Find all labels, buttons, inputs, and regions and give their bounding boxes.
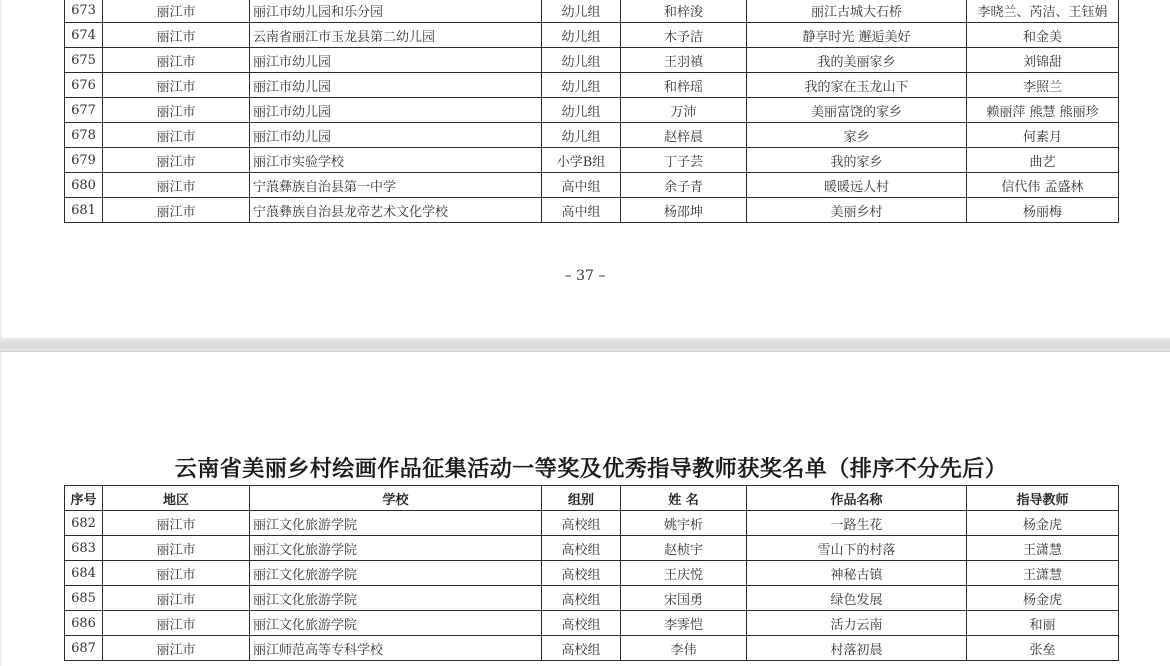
cell-teacher: 曲艺 xyxy=(967,148,1119,173)
cell-teacher: 何素月 xyxy=(967,123,1119,148)
cell-no: 678 xyxy=(65,123,103,148)
cell-no: 676 xyxy=(65,73,103,98)
cell-school: 宁蒗彝族自治县龙帝艺术文化学校 xyxy=(250,198,542,223)
cell-work: 我的家乡 xyxy=(747,148,967,173)
table-row: 687丽江市丽江师范高等专科学校高校组李伟村落初晨张垒 xyxy=(65,636,1119,661)
awards-table-page-37: 673丽江市丽江市幼儿园和乐分园幼儿组和梓浚丽江古城大石桥李晓兰、芮洁、王钰娟6… xyxy=(64,0,1119,223)
cell-work: 家乡 xyxy=(747,123,967,148)
cell-region: 丽江市 xyxy=(103,636,250,661)
cell-school: 丽江文化旅游学院 xyxy=(250,511,542,536)
cell-name: 杨邵坤 xyxy=(621,198,747,223)
cell-work: 静享时光 邂逅美好 xyxy=(747,23,967,48)
document-page-37: 673丽江市丽江市幼儿园和乐分园幼儿组和梓浚丽江古城大石桥李晓兰、芮洁、王钰娟6… xyxy=(0,0,1170,338)
cell-work: 我的家在玉龙山下 xyxy=(747,73,967,98)
cell-name: 王羽禛 xyxy=(621,48,747,73)
cell-teacher: 杨金虎 xyxy=(967,586,1119,611)
cell-no: 673 xyxy=(65,0,103,23)
table-row: 675丽江市丽江市幼儿园幼儿组王羽禛我的美丽家乡刘锦甜 xyxy=(65,48,1119,73)
cell-school: 丽江文化旅游学院 xyxy=(250,611,542,636)
cell-region: 丽江市 xyxy=(103,73,250,98)
cell-teacher: 杨金虎 xyxy=(967,511,1119,536)
page-separator xyxy=(0,338,1170,352)
cell-school: 丽江市幼儿园 xyxy=(250,98,542,123)
cell-teacher: 李晓兰、芮洁、王钰娟 xyxy=(967,0,1119,23)
header-work: 作品名称 xyxy=(747,486,967,511)
page-edge xyxy=(0,352,3,666)
cell-teacher: 和丽 xyxy=(967,611,1119,636)
cell-no: 674 xyxy=(65,23,103,48)
cell-group: 高校组 xyxy=(542,611,621,636)
cell-region: 丽江市 xyxy=(103,561,250,586)
table-row: 683丽江市丽江文化旅游学院高校组赵桢宇雪山下的村落王潇慧 xyxy=(65,536,1119,561)
cell-name: 木予洁 xyxy=(621,23,747,48)
page-edge xyxy=(0,0,3,338)
cell-teacher: 李照兰 xyxy=(967,73,1119,98)
cell-region: 丽江市 xyxy=(103,23,250,48)
table-row: 678丽江市丽江市幼儿园幼儿组赵梓晨家乡何素月 xyxy=(65,123,1119,148)
cell-group: 高校组 xyxy=(542,511,621,536)
awards-table-body: 673丽江市丽江市幼儿园和乐分园幼儿组和梓浚丽江古城大石桥李晓兰、芮洁、王钰娟6… xyxy=(65,0,1119,223)
cell-name: 王庆悦 xyxy=(621,561,747,586)
cell-school: 丽江师范高等专科学校 xyxy=(250,636,542,661)
cell-work: 美丽乡村 xyxy=(747,198,967,223)
awards-table-header: 序号 地区 学校 组别 姓 名 作品名称 指导教师 xyxy=(65,486,1119,511)
cell-work: 美丽富饶的家乡 xyxy=(747,98,967,123)
cell-group: 高校组 xyxy=(542,561,621,586)
cell-group: 高校组 xyxy=(542,636,621,661)
cell-name: 赵桢宇 xyxy=(621,536,747,561)
cell-group: 高中组 xyxy=(542,173,621,198)
table-row: 685丽江市丽江文化旅游学院高校组宋国勇绿色发展杨金虎 xyxy=(65,586,1119,611)
header-school: 学校 xyxy=(250,486,542,511)
awards-table-page-38: 序号 地区 学校 组别 姓 名 作品名称 指导教师 682丽江市丽江文化旅游学院… xyxy=(64,485,1119,661)
cell-no: 686 xyxy=(65,611,103,636)
cell-school: 丽江市幼儿园和乐分园 xyxy=(250,0,542,23)
cell-group: 幼儿组 xyxy=(542,23,621,48)
cell-teacher: 杨丽梅 xyxy=(967,198,1119,223)
table-row: 676丽江市丽江市幼儿园幼儿组和梓瑶我的家在玉龙山下李照兰 xyxy=(65,73,1119,98)
cell-work: 雪山下的村落 xyxy=(747,536,967,561)
cell-name: 余子青 xyxy=(621,173,747,198)
table-row: 680丽江市宁蒗彝族自治县第一中学高中组余子青暖暖远人村信代伟 孟盛林 xyxy=(65,173,1119,198)
table-row: 684丽江市丽江文化旅游学院高校组王庆悦神秘古镇王潇慧 xyxy=(65,561,1119,586)
cell-work: 神秘古镇 xyxy=(747,561,967,586)
cell-no: 680 xyxy=(65,173,103,198)
cell-teacher: 和金美 xyxy=(967,23,1119,48)
cell-name: 丁子芸 xyxy=(621,148,747,173)
cell-name: 姚宇析 xyxy=(621,511,747,536)
cell-region: 丽江市 xyxy=(103,98,250,123)
cell-region: 丽江市 xyxy=(103,511,250,536)
cell-region: 丽江市 xyxy=(103,536,250,561)
cell-no: 684 xyxy=(65,561,103,586)
cell-teacher: 王潇慧 xyxy=(967,536,1119,561)
cell-work: 丽江古城大石桥 xyxy=(747,0,967,23)
table-row: 681丽江市宁蒗彝族自治县龙帝艺术文化学校高中组杨邵坤美丽乡村杨丽梅 xyxy=(65,198,1119,223)
header-row: 序号 地区 学校 组别 姓 名 作品名称 指导教师 xyxy=(65,486,1119,511)
cell-work: 暖暖远人村 xyxy=(747,173,967,198)
cell-group: 幼儿组 xyxy=(542,0,621,23)
cell-school: 丽江市实验学校 xyxy=(250,148,542,173)
cell-school: 丽江市幼儿园 xyxy=(250,48,542,73)
cell-no: 679 xyxy=(65,148,103,173)
cell-no: 685 xyxy=(65,586,103,611)
cell-school: 丽江文化旅游学院 xyxy=(250,586,542,611)
cell-name: 和梓浚 xyxy=(621,0,747,23)
cell-name: 宋国勇 xyxy=(621,586,747,611)
cell-group: 高中组 xyxy=(542,198,621,223)
cell-teacher: 王潇慧 xyxy=(967,561,1119,586)
awards-table-body: 682丽江市丽江文化旅游学院高校组姚宇析一路生花杨金虎683丽江市丽江文化旅游学… xyxy=(65,511,1119,661)
cell-group: 高校组 xyxy=(542,586,621,611)
cell-region: 丽江市 xyxy=(103,611,250,636)
document-page-38: 云南省美丽乡村绘画作品征集活动一等奖及优秀指导教师获奖名单（排序不分先后） 序号… xyxy=(0,352,1170,666)
table-row: 673丽江市丽江市幼儿园和乐分园幼儿组和梓浚丽江古城大石桥李晓兰、芮洁、王钰娟 xyxy=(65,0,1119,23)
cell-school: 丽江市幼儿园 xyxy=(250,73,542,98)
table-row: 677丽江市丽江市幼儿园幼儿组万沛美丽富饶的家乡赖丽萍 熊慧 熊丽珍 xyxy=(65,98,1119,123)
header-no: 序号 xyxy=(65,486,103,511)
cell-school: 丽江文化旅游学院 xyxy=(250,561,542,586)
cell-work: 一路生花 xyxy=(747,511,967,536)
cell-name: 李霁恺 xyxy=(621,611,747,636)
cell-group: 小学B组 xyxy=(542,148,621,173)
cell-name: 李伟 xyxy=(621,636,747,661)
header-group: 组别 xyxy=(542,486,621,511)
page-number: – 37 – xyxy=(0,268,1170,284)
cell-school: 丽江文化旅游学院 xyxy=(250,536,542,561)
cell-region: 丽江市 xyxy=(103,586,250,611)
cell-teacher: 张垒 xyxy=(967,636,1119,661)
cell-teacher: 赖丽萍 熊慧 熊丽珍 xyxy=(967,98,1119,123)
cell-no: 682 xyxy=(65,511,103,536)
cell-no: 683 xyxy=(65,536,103,561)
cell-work: 绿色发展 xyxy=(747,586,967,611)
cell-group: 幼儿组 xyxy=(542,48,621,73)
cell-school: 丽江市幼儿园 xyxy=(250,123,542,148)
cell-region: 丽江市 xyxy=(103,173,250,198)
cell-work: 活力云南 xyxy=(747,611,967,636)
cell-school: 云南省丽江市玉龙县第二幼儿园 xyxy=(250,23,542,48)
table-row: 674丽江市云南省丽江市玉龙县第二幼儿园幼儿组木予洁静享时光 邂逅美好和金美 xyxy=(65,23,1119,48)
cell-teacher: 信代伟 孟盛林 xyxy=(967,173,1119,198)
cell-no: 677 xyxy=(65,98,103,123)
table-row: 686丽江市丽江文化旅游学院高校组李霁恺活力云南和丽 xyxy=(65,611,1119,636)
table-row: 679丽江市丽江市实验学校小学B组丁子芸我的家乡曲艺 xyxy=(65,148,1119,173)
cell-no: 687 xyxy=(65,636,103,661)
cell-name: 赵梓晨 xyxy=(621,123,747,148)
table-row: 682丽江市丽江文化旅游学院高校组姚宇析一路生花杨金虎 xyxy=(65,511,1119,536)
cell-group: 高校组 xyxy=(542,536,621,561)
cell-region: 丽江市 xyxy=(103,0,250,23)
cell-teacher: 刘锦甜 xyxy=(967,48,1119,73)
cell-work: 村落初晨 xyxy=(747,636,967,661)
cell-region: 丽江市 xyxy=(103,123,250,148)
cell-name: 和梓瑶 xyxy=(621,73,747,98)
document-title: 云南省美丽乡村绘画作品征集活动一等奖及优秀指导教师获奖名单（排序不分先后） xyxy=(64,452,1118,483)
header-name: 姓 名 xyxy=(621,486,747,511)
cell-no: 681 xyxy=(65,198,103,223)
cell-school: 宁蒗彝族自治县第一中学 xyxy=(250,173,542,198)
cell-region: 丽江市 xyxy=(103,198,250,223)
cell-work: 我的美丽家乡 xyxy=(747,48,967,73)
cell-no: 675 xyxy=(65,48,103,73)
cell-group: 幼儿组 xyxy=(542,123,621,148)
cell-region: 丽江市 xyxy=(103,148,250,173)
cell-name: 万沛 xyxy=(621,98,747,123)
header-teacher: 指导教师 xyxy=(967,486,1119,511)
cell-region: 丽江市 xyxy=(103,48,250,73)
cell-group: 幼儿组 xyxy=(542,73,621,98)
header-region: 地区 xyxy=(103,486,250,511)
cell-group: 幼儿组 xyxy=(542,98,621,123)
